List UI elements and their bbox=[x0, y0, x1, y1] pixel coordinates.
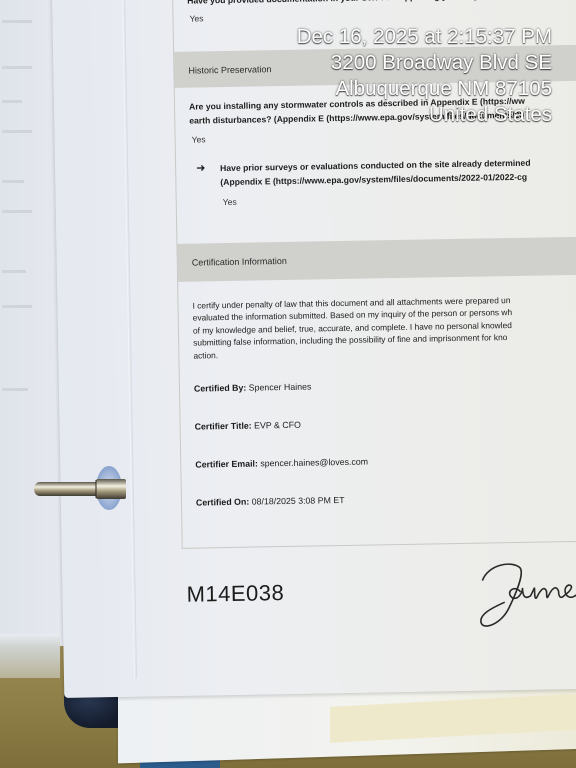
binder-ring bbox=[30, 476, 128, 502]
certifier-email-value: spencer.haines@loves.com bbox=[260, 457, 368, 469]
certification-header: Certification Information bbox=[177, 236, 576, 282]
address-line-1: 3200 Broadway Blvd SE bbox=[297, 50, 552, 76]
certified-on-value: 08/18/2025 3:08 PM ET bbox=[252, 495, 345, 507]
document-code: M14E038 bbox=[186, 580, 284, 608]
page-fold-line bbox=[122, 0, 137, 679]
photo-timestamp-overlay: Dec 16, 2025 at 2:15:37 PM 3200 Broadway… bbox=[297, 24, 552, 128]
certified-by-row: Certified By: Spencer Haines bbox=[194, 382, 312, 394]
swppp-answer: Yes bbox=[189, 13, 203, 23]
certifier-email-label: Certifier Email: bbox=[195, 458, 258, 469]
prior-surveys-answer: Yes bbox=[223, 197, 237, 207]
stormwater-controls-answer: Yes bbox=[192, 134, 206, 144]
certifier-email-row: Certifier Email: spencer.haines@loves.co… bbox=[195, 457, 368, 470]
prior-surveys-question: Have prior surveys or evaluations conduc… bbox=[220, 156, 531, 189]
certifier-title-value: EVP & CFO bbox=[254, 420, 301, 431]
certification-label: Certification Information bbox=[192, 256, 287, 268]
arrow-right-icon: ➜ bbox=[196, 161, 205, 174]
left-page-stack-edge bbox=[0, 634, 60, 678]
swppp-question: Have you provided documentation in your … bbox=[187, 0, 527, 8]
timestamp: Dec 16, 2025 at 2:15:37 PM bbox=[297, 24, 552, 50]
address-line-2: Albuquerque NM 87105 bbox=[297, 76, 552, 102]
certifier-title-row: Certifier Title: EVP & CFO bbox=[195, 420, 301, 432]
historic-preservation-label: Historic Preservation bbox=[188, 64, 271, 75]
signature-james: James bbox=[460, 550, 576, 633]
certified-on-row: Certified On: 08/18/2025 3:08 PM ET bbox=[196, 495, 345, 508]
certified-by-value: Spencer Haines bbox=[249, 382, 312, 393]
certification-statement: I certify under penalty of law that this… bbox=[192, 292, 576, 362]
certified-on-label: Certified On: bbox=[196, 497, 249, 508]
country: United States bbox=[297, 102, 552, 128]
certified-by-label: Certified By: bbox=[194, 383, 246, 394]
certifier-title-label: Certifier Title: bbox=[195, 421, 252, 432]
